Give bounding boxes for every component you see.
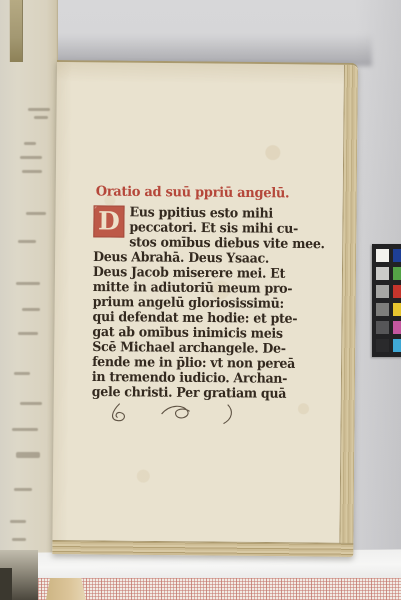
book-page: Oratio ad suū ppriū angelū. D Eus ppitiu… [52, 60, 358, 557]
color-patch [393, 303, 401, 316]
marginalia-mark [26, 212, 46, 215]
marginalia-mark [16, 282, 40, 285]
marginalia-mark [28, 108, 50, 111]
prayer-title: Oratio ad suū ppriū angelū. [96, 184, 266, 201]
marginalia-mark [14, 488, 32, 491]
facing-page-edge [0, 0, 58, 600]
spine-headband [9, 0, 23, 62]
marginalia-mark [22, 308, 40, 311]
color-patch [393, 321, 401, 334]
marginalia-mark [20, 156, 42, 159]
marginalia-mark [22, 170, 42, 173]
marginalia-mark [12, 538, 26, 541]
color-patch [393, 339, 401, 352]
marginalia-mark [20, 402, 42, 405]
color-checker-card [372, 244, 401, 357]
cover-edge-dark [0, 568, 12, 600]
color-patch [376, 249, 389, 262]
color-patch [376, 339, 389, 352]
marginalia-mark [34, 116, 48, 119]
color-patch [393, 285, 401, 298]
marginalia-mark [18, 240, 36, 243]
color-patch [393, 267, 401, 280]
marginalia-mark [16, 452, 40, 458]
prayer-lines: Eus ppitius esto mihipeccatori. Et sis m… [92, 203, 266, 400]
text-line: gele christi. Per gratiam quā [92, 383, 264, 400]
marginalia-mark [24, 142, 36, 145]
color-patch [376, 321, 389, 334]
color-checker-grid [372, 244, 401, 357]
color-patch [376, 303, 389, 316]
color-patch [393, 249, 401, 262]
prayer-text-block: Oratio ad suū ppriū angelū. D Eus ppitiu… [91, 184, 265, 427]
page-stack-wedge [46, 578, 86, 600]
marginalia-mark [18, 332, 38, 335]
marginalia-mark [14, 372, 30, 375]
color-patch [376, 267, 389, 280]
marginalia-mark [12, 428, 38, 431]
marginalia-mark [10, 520, 26, 523]
photo-of-book: Oratio ad suū ppriū angelū. D Eus ppitiu… [0, 0, 401, 600]
pen-flourish [99, 401, 249, 426]
bottom-page-block-edge [52, 540, 353, 557]
color-patch [376, 285, 389, 298]
